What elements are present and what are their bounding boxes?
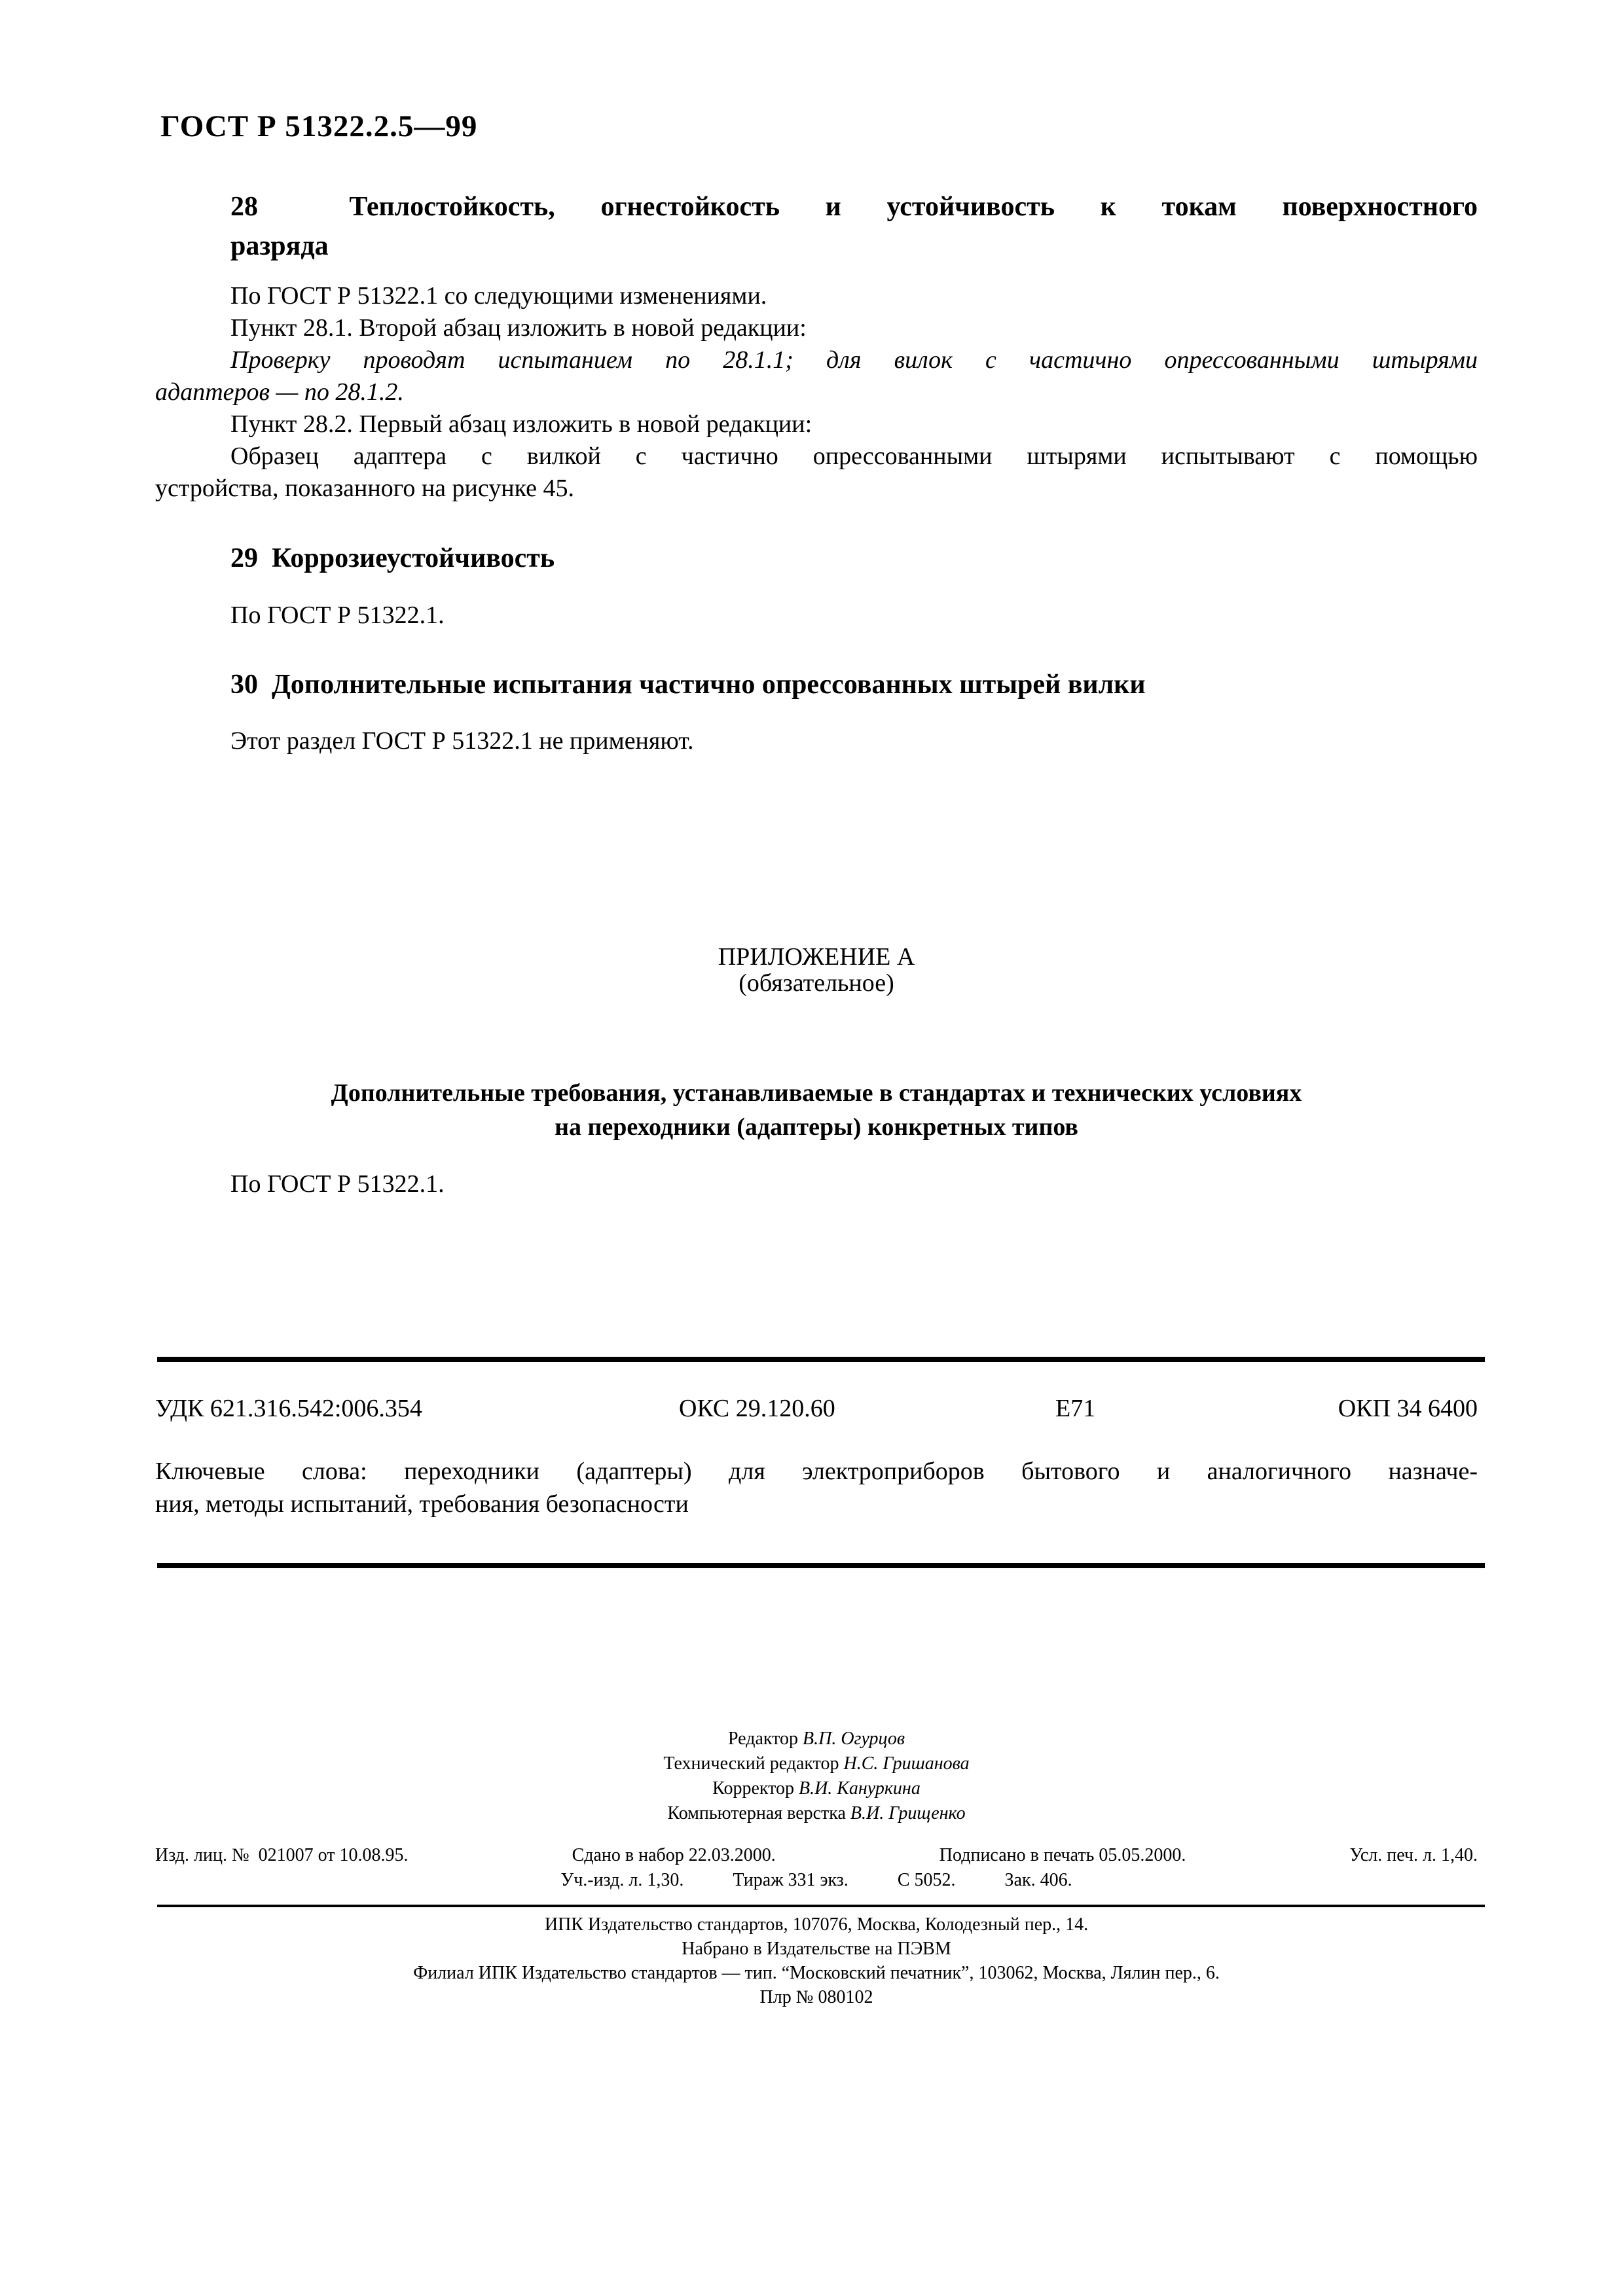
publisher-block: ИПК Издательство стандартов, 107076, Мос… <box>155 1912 1478 2009</box>
section-28-heading-line1: 28 Теплостойкость, огнестойкость и устой… <box>230 187 1478 226</box>
section-30-body: Этот раздел ГОСТ Р 51322.1 не применяют. <box>155 725 1478 757</box>
appendix-title: Дополнительные требования, устанавливаем… <box>155 1076 1478 1144</box>
appendix-body: По ГОСТ Р 51322.1. <box>155 1168 1478 1200</box>
paragraph: По ГОСТ Р 51322.1. <box>155 600 1478 632</box>
credit-name: В.И. Грищенко <box>850 1803 966 1823</box>
imprint-print-sheets: Усл. печ. л. 1,40. <box>1349 1843 1478 1868</box>
section-29-body: По ГОСТ Р 51322.1. <box>155 600 1478 632</box>
paragraph-italic: адаптеров — по 28.1.2. <box>155 376 1478 408</box>
imprint-typeset-date: Сдано в набор 22.03.2000. <box>572 1843 776 1868</box>
imprint-print-date: Подписано в печать 05.05.2000. <box>939 1843 1186 1868</box>
section-29-heading: 29 Коррозиеустойчивость <box>230 539 1478 578</box>
keywords-line1: Ключевые слова: переходники (адаптеры) д… <box>155 1455 1478 1488</box>
publisher-plr-number: Плр № 080102 <box>155 1985 1478 2009</box>
codes-row: УДК 621.316.542:006.354 ОКС 29.120.60 Е7… <box>155 1393 1478 1425</box>
section-30-heading: 30 Дополнительные испытания частично опр… <box>230 665 1478 704</box>
credit-role: Компьютерная верстка <box>667 1803 845 1823</box>
appendix-kind: (обязательное) <box>155 970 1478 996</box>
udk-code: УДК 621.316.542:006.354 <box>155 1393 422 1425</box>
publisher-branch: Филиал ИПК Издательство стандартов — тип… <box>155 1961 1478 1985</box>
imprint-line1: Изд. лиц. № 021007 от 10.08.95. Сдано в … <box>155 1843 1478 1868</box>
appendix-title-line1: Дополнительные требования, устанавливаем… <box>155 1076 1478 1110</box>
keywords-line2: ния, методы испытаний, требования безопа… <box>155 1488 1478 1520</box>
credit-line: Технический редактор Н.С. Гришанова <box>155 1751 1478 1776</box>
section-28-heading: 28 Теплостойкость, огнестойкость и устой… <box>230 187 1478 266</box>
credit-name: В.И. Кануркина <box>799 1778 921 1799</box>
imprint-pub-sheets: Уч.-изд. л. 1,30. <box>560 1868 684 1893</box>
credit-line: Редактор В.П. Огурцов <box>155 1727 1478 1751</box>
divider-thick-top <box>157 1357 1485 1362</box>
appendix-label-block: ПРИЛОЖЕНИЕ А (обязательное) <box>155 944 1478 996</box>
group-code: Е71 <box>1055 1393 1095 1425</box>
divider-thick-bottom <box>157 1563 1485 1568</box>
document-page: ГОСТ Р 51322.2.5—99 28 Теплостойкость, о… <box>0 0 1623 2296</box>
imprint-copies: Тираж 331 экз. <box>733 1868 848 1893</box>
imprint-license: Изд. лиц. № 021007 от 10.08.95. <box>155 1843 409 1868</box>
credit-name: Н.С. Гришанова <box>844 1753 970 1774</box>
appendix-title-line2: на переходники (адаптеры) конкретных тип… <box>155 1110 1478 1144</box>
credit-role: Технический редактор <box>663 1753 839 1774</box>
paragraph: Этот раздел ГОСТ Р 51322.1 не применяют. <box>155 725 1478 757</box>
oks-code: ОКС 29.120.60 <box>679 1393 835 1425</box>
imprint-c-number: С 5052. <box>898 1868 956 1893</box>
imprint-order-number: Зак. 406. <box>1005 1868 1072 1893</box>
paragraph: Пункт 28.2. Первый абзац изложить в ново… <box>155 408 1478 440</box>
paragraph: Образец адаптера с вилкой с частично опр… <box>155 440 1478 473</box>
credit-line: Компьютерная верстка В.И. Грищенко <box>155 1801 1478 1826</box>
appendix-label: ПРИЛОЖЕНИЕ А <box>155 944 1478 970</box>
credits-block: Редактор В.П. Огурцов Технический редакт… <box>155 1727 1478 1826</box>
section-28-heading-line2: разряда <box>230 226 1478 266</box>
imprint-line2: Уч.-изд. л. 1,30. Тираж 331 экз. С 5052.… <box>155 1868 1478 1893</box>
paragraph: По ГОСТ Р 51322.1. <box>155 1168 1478 1200</box>
section-28-body: По ГОСТ Р 51322.1 со следующими изменени… <box>155 280 1478 505</box>
paragraph: Пункт 28.1. Второй абзац изложить в ново… <box>155 312 1478 344</box>
okp-code: ОКП 34 6400 <box>1338 1393 1478 1425</box>
credit-name: В.П. Огурцов <box>803 1729 905 1749</box>
doc-code-header: ГОСТ Р 51322.2.5—99 <box>160 111 477 142</box>
paragraph: По ГОСТ Р 51322.1 со следующими изменени… <box>155 280 1478 312</box>
credit-line: Корректор В.И. Кануркина <box>155 1776 1478 1801</box>
keywords-block: Ключевые слова: переходники (адаптеры) д… <box>155 1455 1478 1520</box>
publisher-typeset-note: Набрано в Издательстве на ПЭВМ <box>155 1937 1478 1961</box>
paragraph: устройства, показанного на рисунке 45. <box>155 473 1478 505</box>
credit-role: Редактор <box>728 1729 798 1749</box>
credit-role: Корректор <box>712 1778 794 1799</box>
publisher-address: ИПК Издательство стандартов, 107076, Мос… <box>155 1912 1478 1937</box>
divider-thin <box>157 1905 1485 1907</box>
paragraph-italic: Проверку проводят испытанием по 28.1.1; … <box>155 344 1478 376</box>
